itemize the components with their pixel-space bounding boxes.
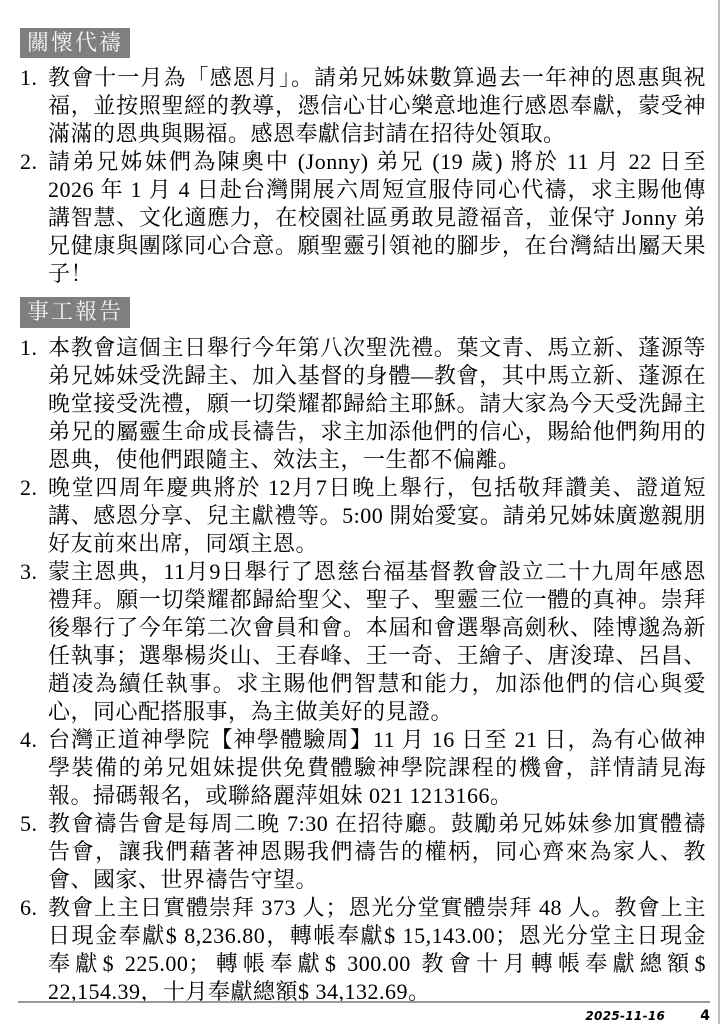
section-care-intercession: 關懷代禱 1. 教會十一月為「感恩月」。請弟兄姊妹數算過去一年神的恩惠與祝福，並… <box>20 28 706 288</box>
list-item-number: 2. <box>20 474 48 558</box>
list-item-text: 晚堂四周年慶典將於 12月7日晚上舉行，包括敬拜讚美、證道短講、感恩分享、兒主獻… <box>48 474 706 558</box>
list-item: 2. 晚堂四周年慶典將於 12月7日晚上舉行，包括敬拜讚美、證道短講、感恩分享、… <box>20 474 706 558</box>
list-item-number: 1. <box>20 334 48 474</box>
list-item-text: 蒙主恩典，11月9日舉行了恩慈台福基督教會設立二十九周年感恩禮拜。願一切榮耀都歸… <box>48 558 706 726</box>
list-item-text: 請弟兄姊妹們為陳奧中 (Jonny) 弟兄 (19 歲) 將於 11 月 22 … <box>48 148 706 288</box>
list-item: 4. 台灣正道神學院【神學體驗周】11 月 16 日至 21 日，為有心做神學裝… <box>20 726 706 810</box>
page-footer: 2025-11-16 4 <box>18 1001 710 1024</box>
list-item: 6. 教會上主日實體崇拜 373 人；恩光分堂實體崇拜 48 人。教會上主日現金… <box>20 894 706 1006</box>
footer-page-number: 4 <box>700 1008 710 1024</box>
section-ministry-report: 事工報告 1. 本教會這個主日舉行今年第八次聖洗禮。葉文青、馬立新、蓬源等弟兄姊… <box>20 288 706 1005</box>
list-item: 1. 本教會這個主日舉行今年第八次聖洗禮。葉文青、馬立新、蓬源等弟兄姊妹受洗歸主… <box>20 334 706 474</box>
list-item: 5. 教會禱告會是每周二晚 7:30 在招待廳。鼓勵弟兄姊妹參加實體禱告會，讓我… <box>20 810 706 894</box>
list-item: 1. 教會十一月為「感恩月」。請弟兄姊妹數算過去一年神的恩惠與祝福，並按照聖經的… <box>20 64 706 148</box>
page-edge-line <box>718 0 720 1024</box>
page-content: 關懷代禱 1. 教會十一月為「感恩月」。請弟兄姊妹數算過去一年神的恩惠與祝福，並… <box>0 0 724 1006</box>
list-item-number: 2. <box>20 148 48 288</box>
section-heading-care-intercession: 關懷代禱 <box>20 28 130 58</box>
list-item-number: 1. <box>20 64 48 148</box>
footer-date: 2025-11-16 <box>585 1009 665 1023</box>
list-item: 3. 蒙主恩典，11月9日舉行了恩慈台福基督教會設立二十九周年感恩禮拜。願一切榮… <box>20 558 706 726</box>
list-item-text: 教會禱告會是每周二晚 7:30 在招待廳。鼓勵弟兄姊妹參加實體禱告會，讓我們藉著… <box>48 810 706 894</box>
list-item-number: 5. <box>20 810 48 894</box>
list-item-text: 台灣正道神學院【神學體驗周】11 月 16 日至 21 日，為有心做神學裝備的弟… <box>48 726 706 810</box>
list-item-text: 教會十一月為「感恩月」。請弟兄姊妹數算過去一年神的恩惠與祝福，並按照聖經的教導，… <box>48 64 706 148</box>
list-item-number: 3. <box>20 558 48 726</box>
list-item-number: 4. <box>20 726 48 810</box>
section-heading-ministry-report: 事工報告 <box>20 297 130 327</box>
bulletin-page: 關懷代禱 1. 教會十一月為「感恩月」。請弟兄姊妹數算過去一年神的恩惠與祝福，並… <box>0 0 724 1024</box>
list-item-number: 6. <box>20 894 48 1006</box>
list-item-text: 教會上主日實體崇拜 373 人；恩光分堂實體崇拜 48 人。教會上主日現金奉獻$… <box>48 894 706 1006</box>
list-item: 2. 請弟兄姊妹們為陳奧中 (Jonny) 弟兄 (19 歲) 將於 11 月 … <box>20 148 706 288</box>
list-item-text: 本教會這個主日舉行今年第八次聖洗禮。葉文青、馬立新、蓬源等弟兄姊妹受洗歸主、加入… <box>48 334 706 474</box>
